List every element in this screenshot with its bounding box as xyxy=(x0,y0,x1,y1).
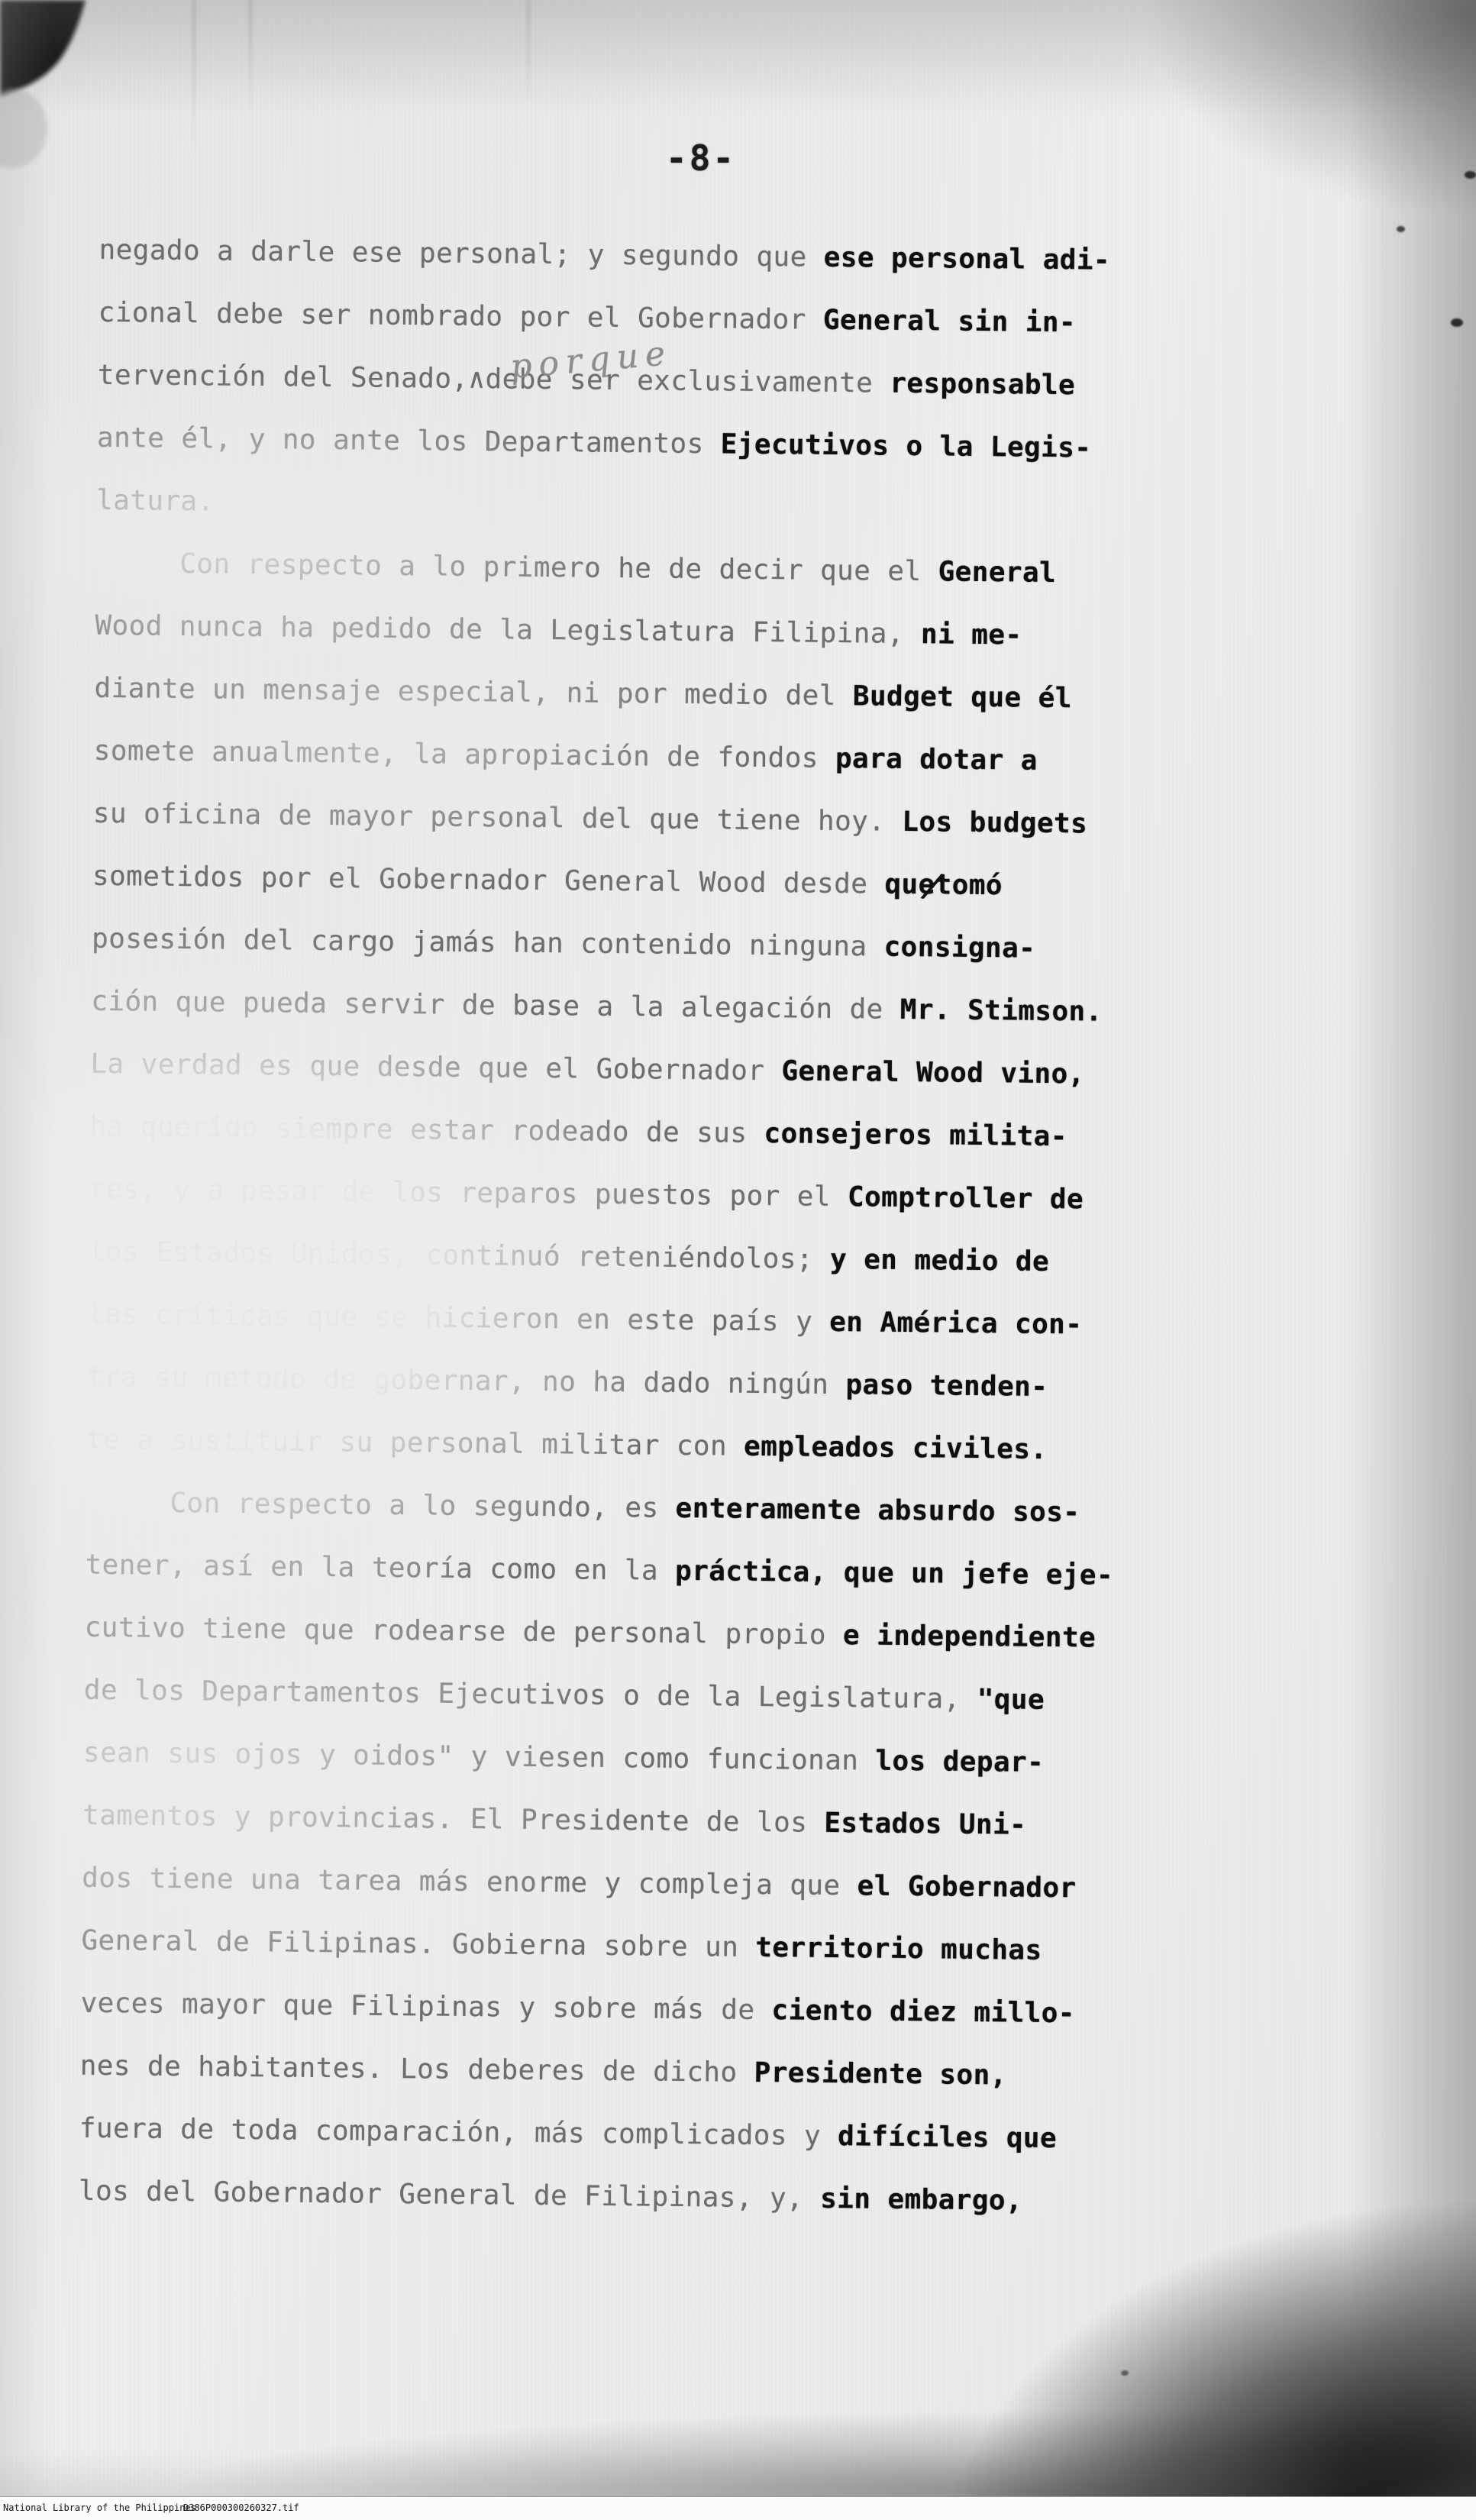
typed-line-faint-text: ha querido siempre estar rodeado de sus xyxy=(89,1111,764,1149)
typed-line-faint-text: te a sustituir su personal militar con xyxy=(86,1424,744,1462)
typed-line-dark-text: Mr. Stimson. xyxy=(900,994,1103,1028)
typed-line-faint-text: sean sus ojos y oidos" y viesen como fun… xyxy=(83,1737,876,1777)
typed-line-dark-text: difíciles que xyxy=(838,2121,1057,2154)
typed-line-faint-text: latura. xyxy=(96,485,215,518)
typed-line-dark-text: y en medio de xyxy=(830,1244,1049,1278)
paper-crease xyxy=(192,0,195,160)
typed-line-faint-text: Con respecto a lo segundo, es xyxy=(170,1488,676,1524)
typed-line-faint-text: los del Gobernador General de Filipinas,… xyxy=(79,2176,821,2215)
typed-line-dark-text: Budget que él xyxy=(853,680,1072,714)
typed-line-dark-text: consejeros milita- xyxy=(764,1118,1067,1152)
typed-line-dark-text: ese personal adi- xyxy=(824,242,1111,276)
footer-library-label: National Library of the Philippines xyxy=(3,2502,196,2513)
typed-line-dark-text: ni me- xyxy=(921,619,1022,651)
typed-line: ante él, y no ante los Departamentos Eje… xyxy=(97,407,1289,482)
typed-line-faint-text: tamentos y provincias. El Presidente de … xyxy=(82,1800,825,1839)
typed-line-dark-text: el Gobernador xyxy=(857,1870,1076,1904)
typed-line-dark-text: "que xyxy=(977,1684,1045,1716)
typed-line-faint-text: tervención del Senado,∧debe ser exclusiv… xyxy=(98,360,890,399)
typed-line-faint-text: diante un mensaje especial, ni por medio… xyxy=(94,673,853,712)
typed-line-dark-text: responsable xyxy=(890,368,1075,402)
typed-line-faint-text: cutivo tiene que rodearse de personal pr… xyxy=(85,1612,844,1651)
typed-line-dark-text: enteramente absurdo sos- xyxy=(675,1493,1080,1529)
typed-line-dark-text: los depar- xyxy=(875,1746,1044,1779)
typed-line-dark-text: General Wood vino, xyxy=(781,1055,1085,1090)
ink-speck xyxy=(1121,2370,1129,2376)
typed-line-faint-text: tener, así en la teoría como en la xyxy=(85,1549,675,1587)
typed-line-faint-text: somete anualmente, la apropiación de fon… xyxy=(94,735,836,774)
typed-line-faint-text: nes de habitantes. Los deberes de dicho xyxy=(80,2050,754,2089)
typed-line-dark-text: para dotar a xyxy=(835,743,1038,777)
typed-line-dark-text: paso tenden- xyxy=(845,1369,1048,1403)
typed-line-faint-text: de los Departamentos Ejecutivos o de la … xyxy=(84,1675,977,1715)
paper-crease xyxy=(527,0,530,107)
page-number: -8- xyxy=(666,137,736,179)
typed-line-faint-text: La verdad es que desde que el Gobernador xyxy=(90,1048,781,1087)
typed-line-faint-text: las críticas que se hicieron en este paí… xyxy=(88,1299,830,1338)
typed-line-dark-text: territorio muchas xyxy=(755,1932,1042,1966)
typed-line-faint-text: los Estados Unidos, continuó reteniéndol… xyxy=(89,1236,831,1275)
typed-line-faint-text: cional debe ser nombrado por el Gobernad… xyxy=(99,297,824,336)
typed-line-faint-text: dos tiene una tarea más enorme y complej… xyxy=(82,1863,858,1902)
ink-speck xyxy=(1451,318,1463,327)
typed-line-faint-text: res, y a pesar de los reparos puestos po… xyxy=(89,1174,848,1213)
scanned-page: -8- negado a darle ese personal; y segun… xyxy=(0,0,1476,2520)
typed-line-faint-text: General de Filipinas. Gobierna sobre un xyxy=(81,1925,755,1963)
typed-line-faint-text: posesión del cargo jamás han contenido n… xyxy=(92,923,884,963)
typed-line-dark-text: General xyxy=(938,556,1056,589)
typed-lines: negado a darle ese personal; y segundo q… xyxy=(79,219,1290,2235)
typed-line-faint-text: veces mayor que Filipinas y sobre más de xyxy=(80,1988,771,2026)
typed-line-dark-text: Ejecutivos o la Legis- xyxy=(721,428,1092,464)
typed-line-dark-text: Estados Uni- xyxy=(824,1808,1026,1841)
typed-line-dark-text: práctica, que un jefe eje- xyxy=(675,1556,1113,1591)
paper-crease xyxy=(249,0,252,122)
typed-line-dark-text: empleados civiles. xyxy=(744,1431,1048,1465)
ink-speck xyxy=(1397,226,1405,232)
typed-line-faint-text: ante él, y no ante los Departamentos xyxy=(97,422,721,460)
typed-line-dark-text: ciento diez millo- xyxy=(771,1995,1075,2029)
typed-line-faint-text: su oficina de mayor personal del que tie… xyxy=(93,798,903,838)
typed-line-dark-text: General sin in- xyxy=(823,305,1077,338)
typed-line: los del Gobernador General de Filipinas,… xyxy=(79,2160,1271,2235)
footer-filename: D386P000300260327.tif xyxy=(183,2502,299,2513)
typed-line-faint-text: ción que pueda servir de base a la alega… xyxy=(91,986,900,1026)
typed-line-dark-text: en América con- xyxy=(829,1307,1083,1340)
typed-line-faint-text: negado a darle ese personal; y segundo q… xyxy=(99,234,824,273)
typed-line-faint-text: fuera de toda comparación, más complicad… xyxy=(79,2113,838,2152)
typed-line-dark-text: Los budgets xyxy=(902,806,1087,840)
typed-line-faint-text: Wood nunca ha pedido de la Legislatura F… xyxy=(95,610,921,650)
typed-line-faint-text: tra su metodo de gobernar, no ha dado ni… xyxy=(87,1362,846,1401)
footer-bar: National Library of the Philippines D386… xyxy=(0,2496,1476,2520)
typed-line-dark-text: sin embargo, xyxy=(820,2183,1022,2217)
typed-line-faint-text: sometidos por el Gobernador General Wood… xyxy=(92,861,885,900)
torn-corner xyxy=(0,0,176,206)
typed-line-dark-text: Presidente son, xyxy=(754,2057,1007,2091)
typed-line-faint-text: Con respecto a lo primero he de decir qu… xyxy=(179,548,938,587)
typed-line-dark-text: e independiente xyxy=(843,1620,1097,1653)
typed-line-dark-text: Comptroller de xyxy=(848,1181,1084,1215)
ink-speck xyxy=(1465,171,1476,179)
typed-line-dark-text: consigna- xyxy=(883,932,1035,964)
